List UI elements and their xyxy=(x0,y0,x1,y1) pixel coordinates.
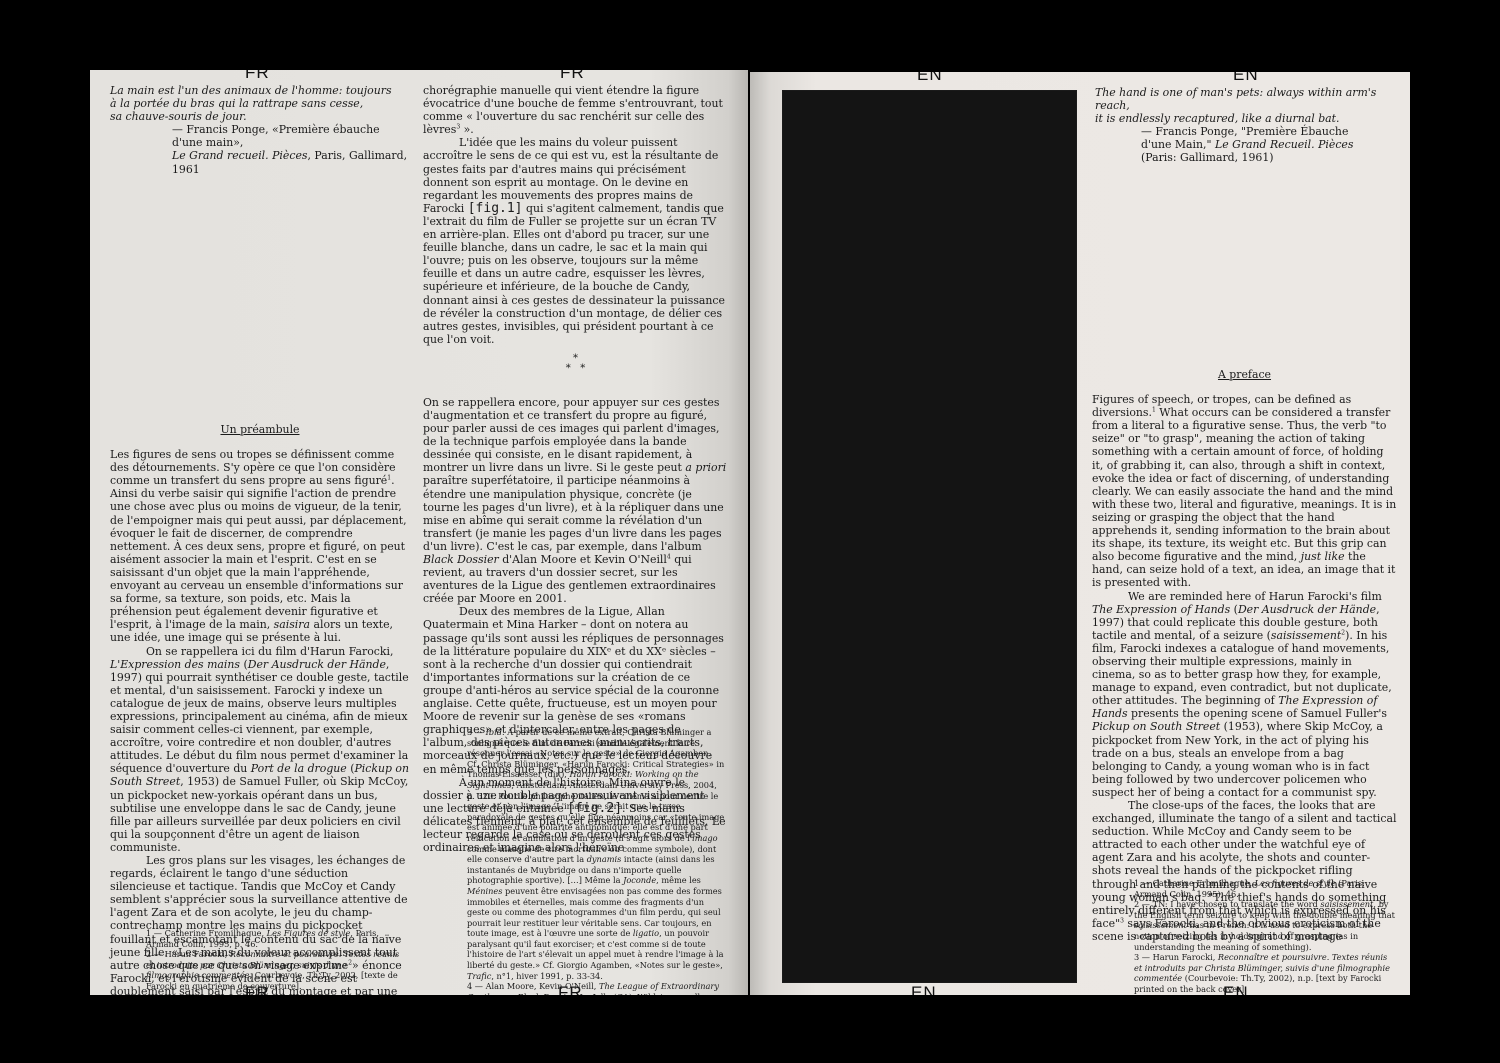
language-marker: FR xyxy=(245,70,270,81)
epigraph-line: it is endlessly recaptured, like a diurn… xyxy=(1095,112,1405,125)
language-marker: FR xyxy=(560,70,585,81)
left-page-fr: FR FR FR FR La main est l'un des animaux… xyxy=(90,70,748,995)
epigraph-line: La main est l'un des animaux de l'homme:… xyxy=(110,84,410,97)
body-text-col1: Un préambule Les figures de sens ou trop… xyxy=(110,423,410,995)
footnote: 3 — Harun Farocki, Reconnaître et poursu… xyxy=(1134,952,1396,994)
footnote: 4 — Alan Moore, Kevin O'Neill, The Leagu… xyxy=(467,981,725,995)
footnote: 2 — TN: I have chosen to translate the w… xyxy=(1134,899,1396,952)
footnotes-col1: 1 — Catherine Fromilhague, Les Figures d… xyxy=(146,928,401,992)
language-marker: EN xyxy=(917,72,943,83)
asterism-divider: * * * xyxy=(423,354,728,374)
footnote: 1 — Catherine Fromilhague, Les figures d… xyxy=(1134,878,1396,899)
black-image-block xyxy=(782,90,1077,983)
right-page-en: EN EN EN EN The hand is one of man's pet… xyxy=(750,72,1410,995)
epigraph-attribution: (Paris: Gallimard, 1961) xyxy=(1095,151,1405,164)
epigraph-attribution: Le Grand recueil. Pièces, Paris, Gallima… xyxy=(110,149,410,175)
epigraph: La main est l'un des animaux de l'homme:… xyxy=(110,84,410,176)
footnote: 2 — Harun Farocki, Reconnaître et poursu… xyxy=(146,949,401,991)
paragraph: On se rappellera ici du film d'Harun Far… xyxy=(110,645,410,855)
epigraph-line: The hand is one of man's pets: always wi… xyxy=(1095,86,1405,112)
figure-reference: [fig.1] xyxy=(468,201,523,216)
language-marker: EN xyxy=(911,984,937,995)
paragraph: We are reminded here of Harun Farocki's … xyxy=(1092,590,1397,800)
epigraph-attribution: d'une Main," Le Grand Recueil. Pièces xyxy=(1095,138,1405,151)
footnote: 3 — Ibid. À partir de ce même extrait, C… xyxy=(467,727,725,981)
epigraph-line: à la portée du bras qui la rattrape sans… xyxy=(110,97,410,110)
section-title: A preface xyxy=(1092,368,1397,381)
paragraph: On se rappellera encore, pour appuyer su… xyxy=(423,396,728,606)
body-text-en: A preface Figures of speech, or tropes, … xyxy=(1092,368,1397,943)
section-title: Un préambule xyxy=(110,423,410,436)
epigraph-line: sa chauve-souris de jour. xyxy=(110,110,410,123)
language-marker: EN xyxy=(1233,72,1259,83)
footnotes-col2: 3 — Ibid. À partir de ce même extrait, C… xyxy=(467,727,725,995)
paragraph: chorégraphie manuelle qui vient étendre … xyxy=(423,84,728,136)
footnotes-en: 1 — Catherine Fromilhague, Les figures d… xyxy=(1134,878,1396,995)
epigraph: The hand is one of man's pets: always wi… xyxy=(1095,86,1405,165)
paragraph: L'idée que les mains du voleur puissent … xyxy=(423,136,728,346)
epigraph-attribution: — Francis Ponge, «Première ébauche d'une… xyxy=(110,123,410,149)
paragraph: Les figures de sens ou tropes se définis… xyxy=(110,448,410,644)
epigraph-attribution: — Francis Ponge, "Première Ébauche xyxy=(1095,125,1405,138)
paragraph: Figures of speech, or tropes, can be def… xyxy=(1092,393,1397,589)
footnote: 1 — Catherine Fromilhague, Les Figures d… xyxy=(146,928,401,949)
